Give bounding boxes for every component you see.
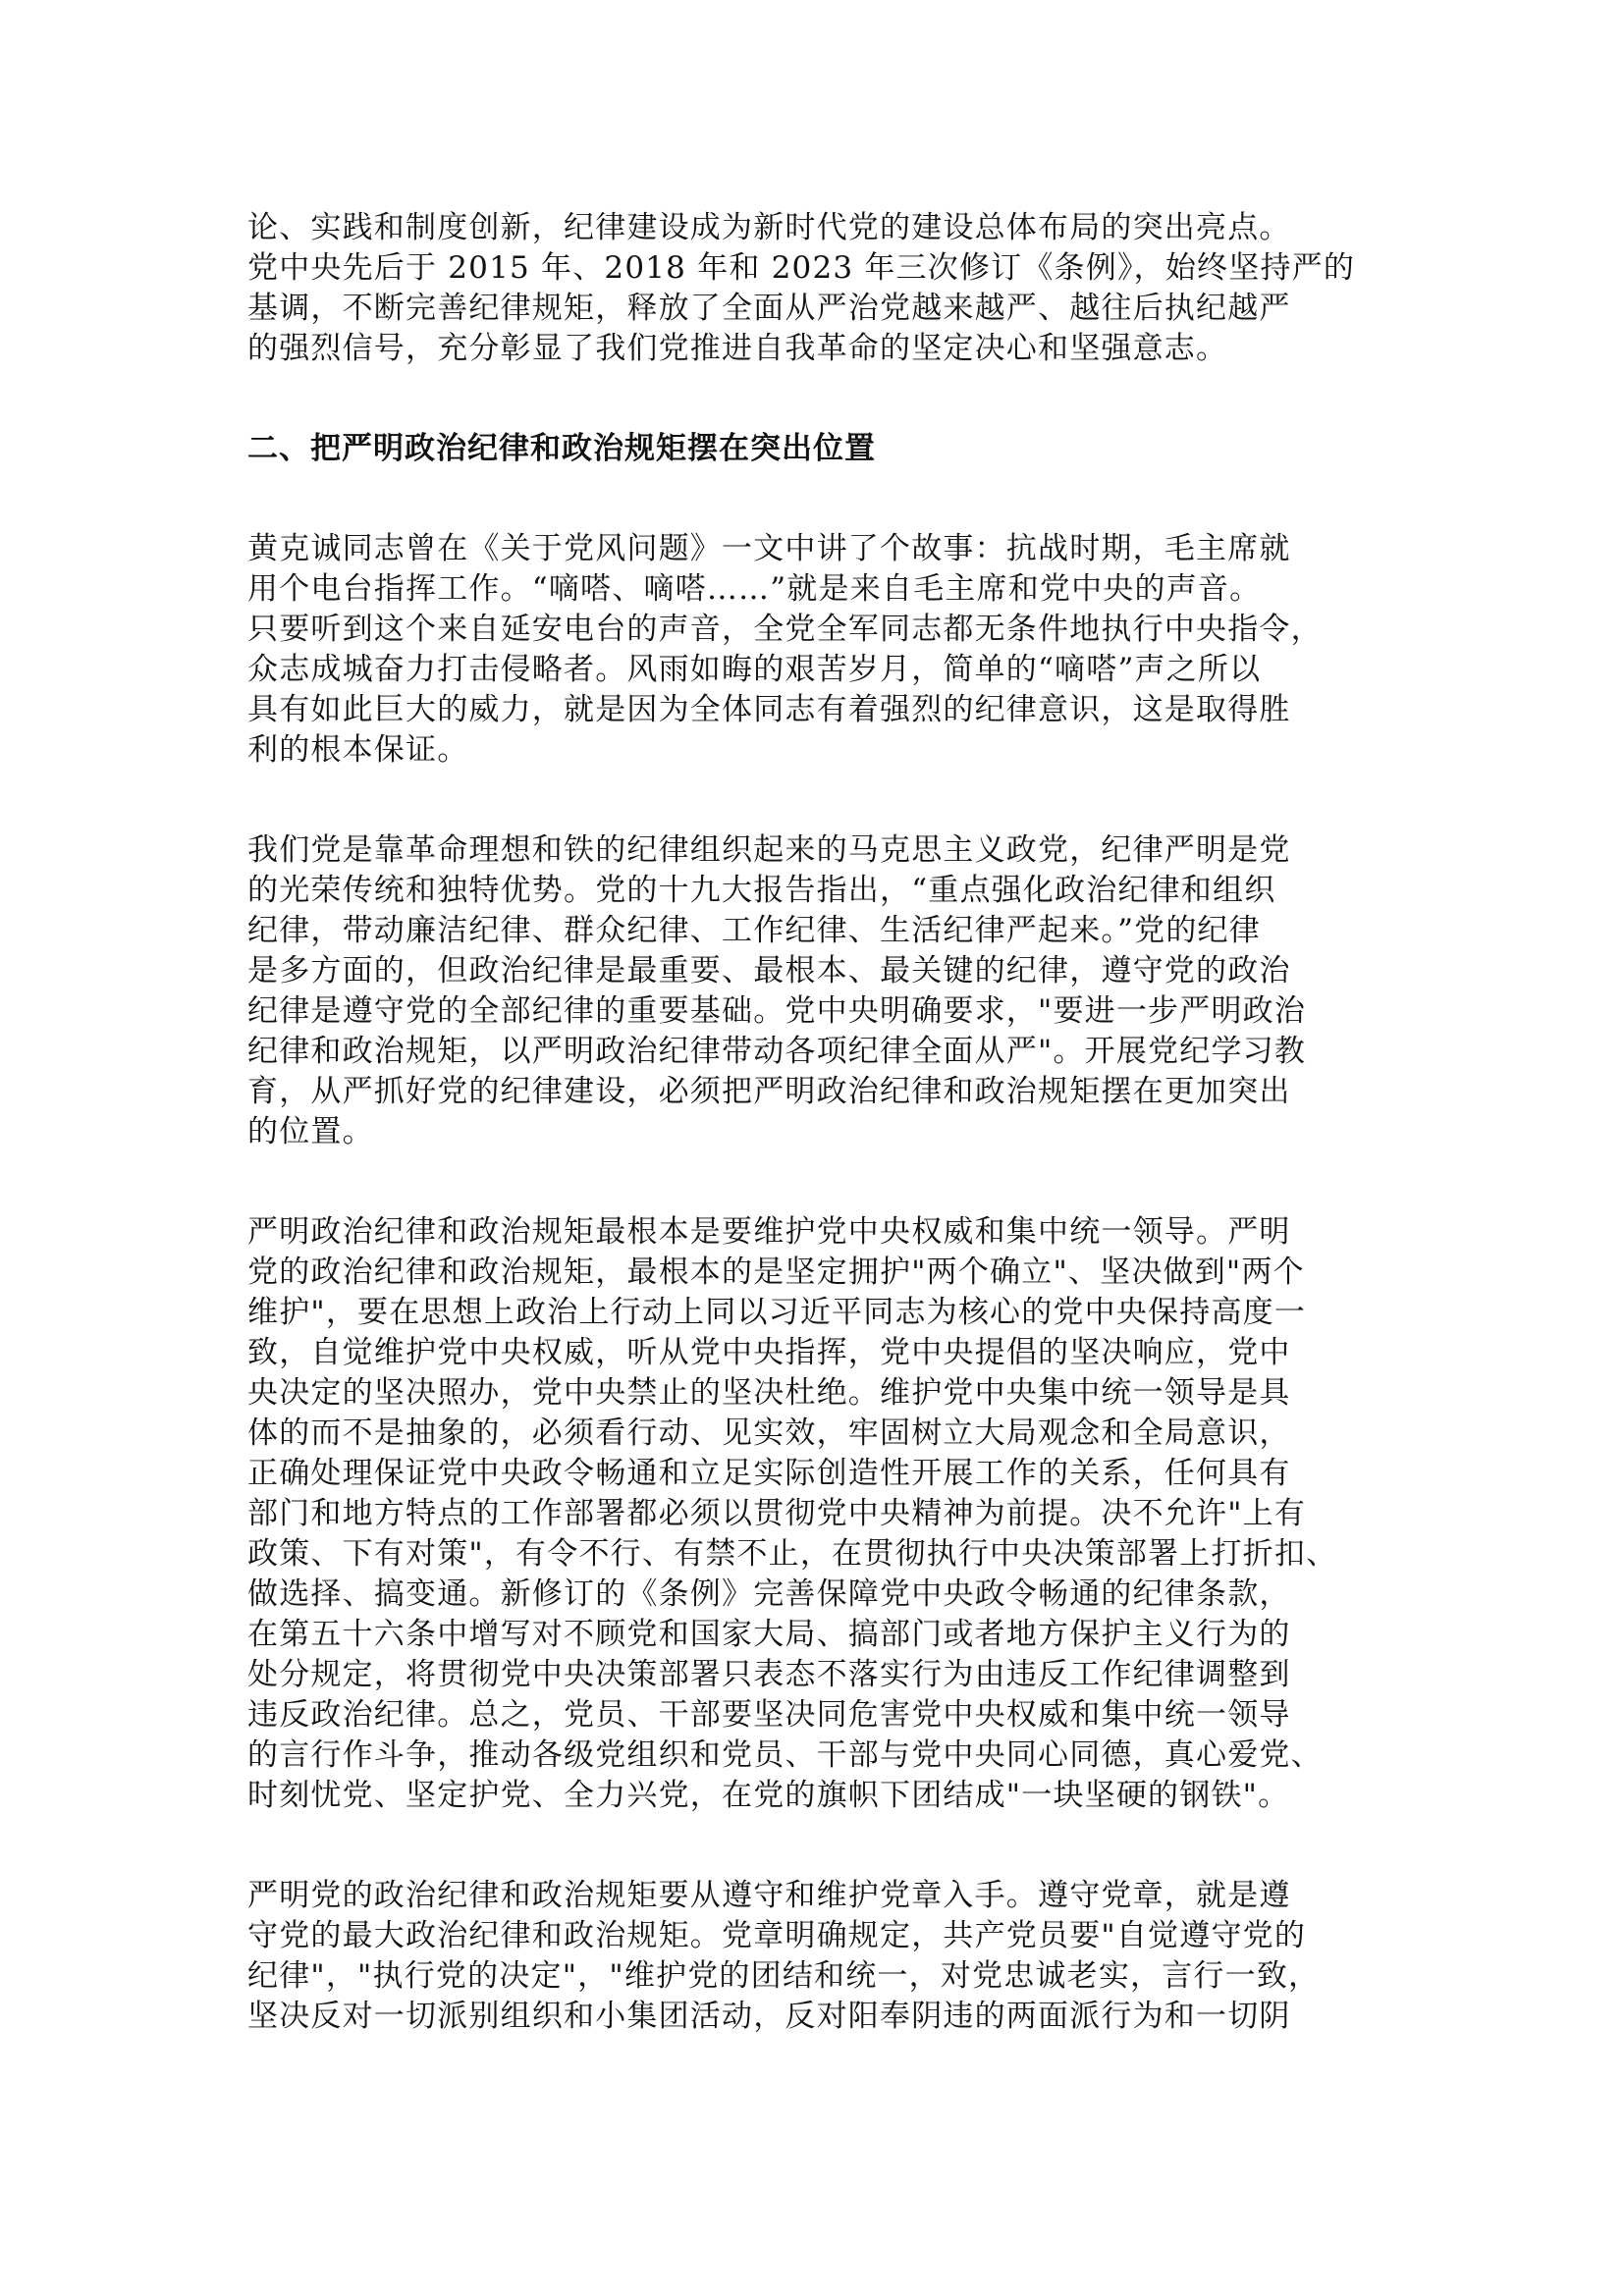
text-line: 的位置。 [247,1112,1406,1152]
text-line: 致，自觉维护党中央权威，听从党中央指挥，党中央提倡的坚决响应，党中 [247,1333,1406,1373]
text-line: 论、实践和制度创新，纪律建设成为新时代党的建设总体布局的突出亮点。 [247,208,1406,248]
text-line: 政策、下有对策"，有令不行、有禁不止，在贯彻执行中央决策部署上打折扣、 [247,1534,1406,1575]
text-line: 部门和地方特点的工作部署都必须以贯彻党中央精神为前提。决不允许"上有 [247,1494,1406,1534]
paragraph-central-authority: 严明政治纪律和政治规矩最根本是要维护党中央权威和集中统一领导。严明 党的政治纪律… [247,1212,1406,1816]
text-line: 纪律是遵守党的全部纪律的重要基础。党中央明确要求，"要进一步严明政治 [247,991,1406,1032]
text-line: 在第五十六条中增写对不顾党和国家大局、搞部门或者地方保护主义行为的 [247,1615,1406,1655]
text-line: 维护"，要在思想上政治上行动上同以习近平同志为核心的党中央保持高度一 [247,1293,1406,1333]
paragraph-story: 黄克诚同志曾在《关于党风问题》一文中讲了个故事：抗战时期，毛主席就 用个电台指挥… [247,529,1406,771]
text-line: 只要听到这个来自延安电台的声音，全党全军同志都无条件地执行中央指令， [247,610,1406,650]
text-line: 严明党的政治纪律和政治规矩要从遵守和维护党章入手。遵守党章，就是遵 [247,1876,1406,1916]
text-line: 众志成城奋力打击侵略者。风雨如晦的艰苦岁月，简单的“嘀嗒”声之所以 [247,650,1406,690]
section-heading: 二、把严明政治纪律和政治规矩摆在突出位置 [247,429,1406,469]
text-line: 基调，不断完善纪律规矩，释放了全面从严治党越来越严、越往后执纪越严 [247,289,1406,329]
text-line: 的光荣传统和独特优势。党的十九大报告指出，“重点强化政治纪律和组织 [247,871,1406,911]
text-line: 做选择、搞变通。新修订的《条例》完善保障党中央政令畅通的纪律条款， [247,1575,1406,1615]
document-page: 论、实践和制度创新，纪律建设成为新时代党的建设总体布局的突出亮点。 党中央先后于… [247,208,1406,2037]
text-line: 处分规定，将贯彻党中央决策部署只表态不落实行为由违反工作纪律调整到 [247,1655,1406,1695]
text-line: 违反政治纪律。总之，党员、干部要坚决同危害党中央权威和集中统一领导 [247,1695,1406,1735]
text-line: 利的根本保证。 [247,730,1406,771]
text-line: 黄克诚同志曾在《关于党风问题》一文中讲了个故事：抗战时期，毛主席就 [247,529,1406,569]
text-line: 体的而不是抽象的，必须看行动、见实效，牢固树立大局观念和全局意识， [247,1414,1406,1454]
text-line: 党的政治纪律和政治规矩，最根本的是坚定拥护"两个确立"、坚决做到"两个 [247,1253,1406,1293]
text-line: 纪律，带动廉洁纪律、群众纪律、工作纪律、生活纪律严起来。”党的纪律 [247,911,1406,951]
text-line: 具有如此巨大的威力，就是因为全体同志有着强烈的纪律意识，这是取得胜 [247,690,1406,730]
text-line: 党中央先后于 2015 年、2018 年和 2023 年三次修订《条例》，始终坚… [247,248,1406,289]
text-line: 的强烈信号，充分彰显了我们党推进自我革命的坚定决心和坚强意志。 [247,329,1406,369]
text-line: 纪律和政治规矩，以严明政治纪律带动各项纪律全面从严"。开展党纪学习教 [247,1032,1406,1072]
spacer [247,1152,1406,1212]
text-line: 育，从严抓好党的纪律建设，必须把严明政治纪律和政治规矩摆在更加突出 [247,1072,1406,1112]
text-line: 央决定的坚决照办，党中央禁止的坚决杜绝。维护党中央集中统一领导是具 [247,1373,1406,1414]
spacer [247,1816,1406,1876]
paragraph-intro-continuation: 论、实践和制度创新，纪律建设成为新时代党的建设总体布局的突出亮点。 党中央先后于… [247,208,1406,369]
spacer [247,369,1406,429]
text-line: 坚决反对一切派别组织和小集团活动，反对阳奉阴违的两面派行为和一切阴 [247,1997,1406,2037]
paragraph-party-constitution: 严明党的政治纪律和政治规矩要从遵守和维护党章入手。遵守党章，就是遵 守党的最大政… [247,1876,1406,2037]
spacer [247,771,1406,830]
text-line: 纪律"，"执行党的决定"，"维护党的团结和统一，对党忠诚老实，言行一致， [247,1956,1406,1997]
spacer [247,469,1406,529]
text-line: 守党的最大政治纪律和政治规矩。党章明确规定，共产党员要"自觉遵守党的 [247,1916,1406,1956]
text-line: 时刻忧党、坚定护党、全力兴党，在党的旗帜下团结成"一块坚硬的钢铁"。 [247,1776,1406,1816]
text-line: 严明政治纪律和政治规矩最根本是要维护党中央权威和集中统一领导。严明 [247,1212,1406,1253]
paragraph-discipline: 我们党是靠革命理想和铁的纪律组织起来的马克思主义政党，纪律严明是党 的光荣传统和… [247,830,1406,1152]
text-line: 用个电台指挥工作。“嘀嗒、嘀嗒……”就是来自毛主席和党中央的声音。 [247,569,1406,610]
text-line: 正确处理保证党中央政令畅通和立足实际创造性开展工作的关系，任何具有 [247,1454,1406,1494]
text-line: 我们党是靠革命理想和铁的纪律组织起来的马克思主义政党，纪律严明是党 [247,830,1406,871]
text-line: 的言行作斗争，推动各级党组织和党员、干部与党中央同心同德，真心爱党、 [247,1735,1406,1776]
text-line: 是多方面的，但政治纪律是最重要、最根本、最关键的纪律，遵守党的政治 [247,951,1406,991]
